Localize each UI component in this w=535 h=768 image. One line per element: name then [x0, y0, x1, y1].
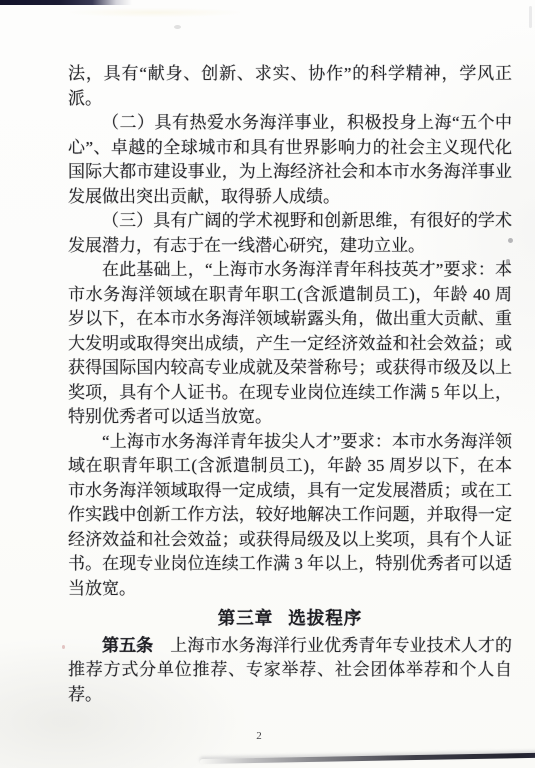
body-paragraph-item-3: （三）具有广阔的学术视野和创新思维，有很好的学术发展潜力，有志于在一线潜心研究，…: [68, 209, 512, 258]
article-number-label: 第五条: [102, 636, 170, 655]
body-paragraph-tech-talent: 在此基础上，“上海市水务海洋青年科技英才”要求：本市水务海洋领域在职青年职工(含…: [68, 258, 512, 430]
scan-speck: [174, 25, 181, 29]
body-paragraph-top-talent: “上海市水务海洋青年拔尖人才”要求：本市水务海洋领域在职青年职工(含派遣制员工)…: [68, 430, 512, 602]
page-number: 2: [249, 730, 269, 742]
scan-speck: [508, 238, 513, 243]
body-paragraph-continuation: 法，具有“献身、创新、求实、协作”的科学精神，学风正派。: [68, 62, 512, 111]
scan-speck: [529, 6, 532, 28]
scan-artifact-bottom-line: [200, 753, 535, 764]
scan-speck: [62, 645, 65, 649]
scan-artifact-top-bar: [0, 0, 132, 5]
scan-artifact-smear: [70, 8, 240, 17]
body-paragraph-article-five: 第五条上海市水务海洋行业优秀青年专业技术人才的推荐方式分单位推荐、专家举荐、社会…: [68, 634, 512, 708]
document-page: 法，具有“献身、创新、求实、协作”的科学精神，学风正派。 （二）具有热爱水务海洋…: [0, 0, 535, 768]
scanned-document: { "page": { "page_number": "2", "colors"…: [0, 0, 535, 768]
chapter-title: 选拔程序: [288, 608, 362, 628]
scan-speck: [506, 259, 510, 265]
chapter-heading: 第三章选拔程序: [68, 606, 512, 631]
chapter-number: 第三章: [218, 608, 274, 628]
body-paragraph-item-2: （二）具有热爱水务海洋事业，积极投身上海“五个中心”、卓越的全球城市和具有世界影…: [68, 111, 512, 209]
document-body: 法，具有“献身、创新、求实、协作”的科学精神，学风正派。 （二）具有热爱水务海洋…: [68, 62, 512, 707]
